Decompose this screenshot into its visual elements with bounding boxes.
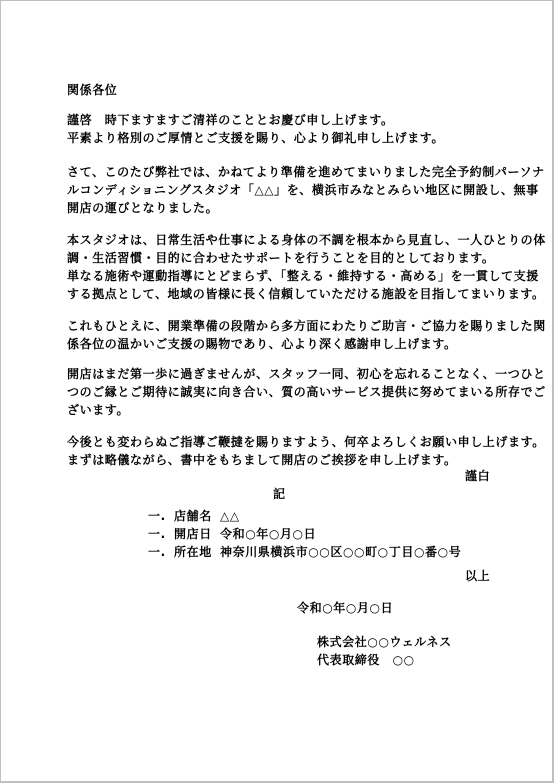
greeting-line-1: 謹啓 時下ますますご清祥のこととお慶び申し上げます。 — [67, 111, 394, 129]
addressee: 関係各位 — [67, 81, 117, 99]
representative: 代表取締役 ○○ — [317, 651, 415, 669]
item-label: 所在地 — [174, 543, 220, 561]
greeting-line-2: 平素より格別のご厚情とご支援を賜り、心より御礼申し上げます。 — [67, 129, 444, 147]
item-mark: 一. — [148, 543, 174, 561]
paragraph3-line-2: 係各位の温かいご支援の賜物であり、心より深く感謝申し上げます。 — [67, 335, 457, 353]
closing-paragraph-line-2: まずは略儀ながら、書中をもちまして開店のご挨拶を申し上げます。 — [67, 451, 457, 469]
item-label: 開店日 — [174, 525, 220, 543]
paragraph4-line-1: 開店はまだ第一歩に過ぎませんが、スタッフ一同、初心を忘れることなく、一つひと — [67, 365, 546, 383]
detail-item-address: 一.所在地神奈川県横浜市○○区○○町○丁目○番○号 — [148, 543, 461, 561]
item-value: △△ — [220, 509, 240, 523]
paragraph2-line-1: 本スタジオは、日常生活や仕事による身体の不調を根本から見直し、一人ひとりの体 — [67, 231, 546, 249]
issue-date: 令和○年○月○日 — [297, 599, 393, 617]
paragraph4-line-2: つのご縁とご期待に誠実に向き合い、質の高いサービス提供に努めてまいる所存でご — [67, 383, 546, 401]
item-value: 令和○年○月○日 — [220, 527, 316, 541]
detail-item-store-name: 一.店舗名△△ — [148, 507, 240, 525]
paragraph3-line-1: これもひとえに、開業準備の段階から多方面にわたりご助言・ご協力を賜りました関 — [67, 317, 546, 335]
paragraph1-line-1: さて、このたび弊社では、かねてより準備を進めてまいりました完全予約制パーソナ — [67, 163, 545, 181]
paragraph2-line-2: 調・生活習慣・目的に合わせたサポートを行うことを目的としております。 — [67, 249, 494, 267]
ki-heading: 記 — [273, 485, 286, 503]
detail-item-opening-date: 一.開店日令和○年○月○日 — [148, 525, 316, 543]
ijou-end-mark: 以上 — [465, 567, 490, 585]
closing-kinpaku: 謹白 — [465, 467, 490, 485]
paragraph1-line-2: ルコンディショニングスタジオ「△△」を、横浜市みなとみらい地区に開設し、無事 — [67, 181, 539, 199]
paragraph2-line-3: 単なる施術や運動指導にとどまらず、「整える・維持する・高める」を一貫して支援 — [67, 267, 539, 285]
item-mark: 一. — [148, 507, 174, 525]
document-page: 関係各位 謹啓 時下ますますご清祥のこととお慶び申し上げます。 平素より格別のご… — [0, 0, 554, 783]
item-label: 店舗名 — [174, 507, 220, 525]
company-name: 株式会社○○ウェルネス — [317, 633, 452, 651]
paragraph4-line-3: ざいます。 — [67, 401, 129, 419]
paragraph1-line-3: 開店の運びとなりました。 — [67, 199, 218, 217]
item-value: 神奈川県横浜市○○区○○町○丁目○番○号 — [220, 545, 461, 559]
paragraph2-line-4: する拠点として、地域の皆様に長く信頼していただける施設を目指してまいります。 — [67, 285, 545, 303]
item-mark: 一. — [148, 525, 174, 543]
closing-paragraph-line-1: 今後とも変わらぬご指導ご鞭撻を賜りますよう、何卒よろしくお願い申し上げます。 — [67, 433, 545, 451]
